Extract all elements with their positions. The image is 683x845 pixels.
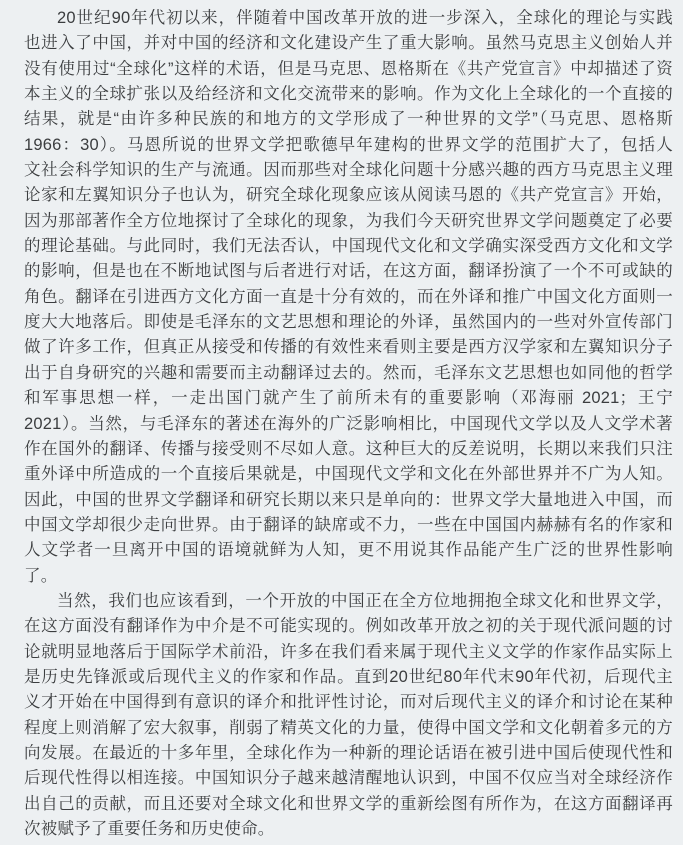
paragraph: 20世纪90年代初以来，伴随着中国改革开放的进一步深入，全球化的理论与实践也进入… [24, 6, 673, 589]
article-text: 20世纪90年代初以来，伴随着中国改革开放的进一步深入，全球化的理论与实践也进入… [24, 6, 673, 842]
text-line: 重外译中所造成的一个直接后果就是，中国现代文学和文化在外部世界并不广为人知。 [24, 462, 673, 487]
text-line: 2021）。当然，与毛泽东的著述在海外的广泛影响相比，中国现代文学以及人文学术著 [24, 412, 673, 437]
text-line: 当然，我们也应该看到，一个开放的中国正在全方位地拥抱全球文化和世界文学， [24, 589, 673, 614]
text-line: 本主义的全球扩张以及给经济和文化交流带来的影响。作为文化上全球化的一个直接的 [24, 82, 673, 107]
text-line: 在这方面没有翻译作为中介是不可能实现的。例如改革开放之初的关于现代派问题的讨 [24, 614, 673, 639]
text-line: 结果，就是“由许多种民族的和地方的文学形成了一种世界的文学”（马克思、恩格斯 [24, 107, 673, 132]
text-line: 出于自身研究的兴趣和需要而主动翻译过去的。然而，毛泽东文艺思想也如同他的哲学 [24, 361, 673, 386]
text-line: 也进入了中国，并对中国的经济和文化建设产生了重大影响。虽然马克思主义创始人并 [24, 31, 673, 56]
text-line: 角色。翻译在引进西方文化方面一直是十分有效的，而在外译和推广中国文化方面则一 [24, 285, 673, 310]
text-line: 程度上则消解了宏大叙事，削弱了精英文化的力量，使得中国文学和文化朝着多元的方 [24, 716, 673, 741]
text-line: 20世纪90年代初以来，伴随着中国改革开放的进一步深入，全球化的理论与实践 [24, 6, 673, 31]
text-line: 作在国外的翻译、传播与接受则不尽如人意。这种巨大的反差说明，长期以来我们只注 [24, 437, 673, 462]
text-line: 做了许多工作，但真正从接受和传播的有效性来看则主要是西方汉学家和左翼知识分子 [24, 335, 673, 360]
text-line: 的影响，但是也在不断地试图与后者进行对话，在这方面，翻译扮演了一个不可或缺的 [24, 259, 673, 284]
text-line: 文社会科学知识的生产与流通。因而那些对全球化问题十分感兴趣的西方马克思主义理 [24, 158, 673, 183]
text-line: 义才开始在中国得到有意识的译介和批评性讨论，而对后现代主义的译介和讨论在某种 [24, 690, 673, 715]
text-line: 次被赋予了重要任务和历史使命。 [24, 817, 673, 842]
text-line: 论就明显地落后于国际学术前沿，许多在我们看来属于现代主义文学的作家作品实际上 [24, 640, 673, 665]
text-line: 因为那部著作全方位地探讨了全球化的现象，为我们今天研究世界文学问题奠定了必要 [24, 209, 673, 234]
text-line: 人文学者一旦离开中国的语境就鲜为人知，更不用说其作品能产生广泛的世界性影响 [24, 538, 673, 563]
text-line: 的理论基础。与此同时，我们无法否认，中国现代文化和文学确实深受西方文化和文学 [24, 234, 673, 259]
text-line: 后现代性得以相连接。中国知识分子越来越清醒地认识到，中国不仅应当对全球经济作 [24, 766, 673, 791]
text-line: 1966：30）。马恩所说的世界文学把歌德早年建构的世界文学的范围扩大了，包括人 [24, 133, 673, 158]
text-line: 和军事思想一样，一走出国门就产生了前所未有的重要影响（邓海丽 2021；王宁 [24, 386, 673, 411]
text-line: 中国文学却很少走向世界。由于翻译的缺席或不力，一些在中国国内赫赫有名的作家和 [24, 513, 673, 538]
text-line: 度大大地落后。即使是毛泽东的文艺思想和理论的外译，虽然国内的一些对外宣传部门 [24, 310, 673, 335]
document-page: 20世纪90年代初以来，伴随着中国改革开放的进一步深入，全球化的理论与实践也进入… [0, 0, 683, 845]
paragraph: 当然，我们也应该看到，一个开放的中国正在全方位地拥抱全球文化和世界文学，在这方面… [24, 589, 673, 842]
text-line: 向发展。在最近的十多年里，全球化作为一种新的理论话语在被引进中国后使现代性和 [24, 741, 673, 766]
text-line: 论家和左翼知识分子也认为，研究全球化现象应该从阅读马恩的《共产党宣言》开始， [24, 183, 673, 208]
text-line: 了。 [24, 564, 673, 589]
text-line: 是历史先锋派或后现代主义的作家和作品。直到20世纪80年代末90年代初，后现代主 [24, 665, 673, 690]
text-line: 出自己的贡献，而且还要对全球文化和世界文学的重新绘图有所作为，在这方面翻译再 [24, 792, 673, 817]
text-line: 没有使用过“全球化”这样的术语，但是马克思、恩格斯在《共产党宣言》中却描述了资 [24, 57, 673, 82]
text-line: 因此，中国的世界文学翻译和研究长期以来只是单向的：世界文学大量地进入中国，而 [24, 488, 673, 513]
